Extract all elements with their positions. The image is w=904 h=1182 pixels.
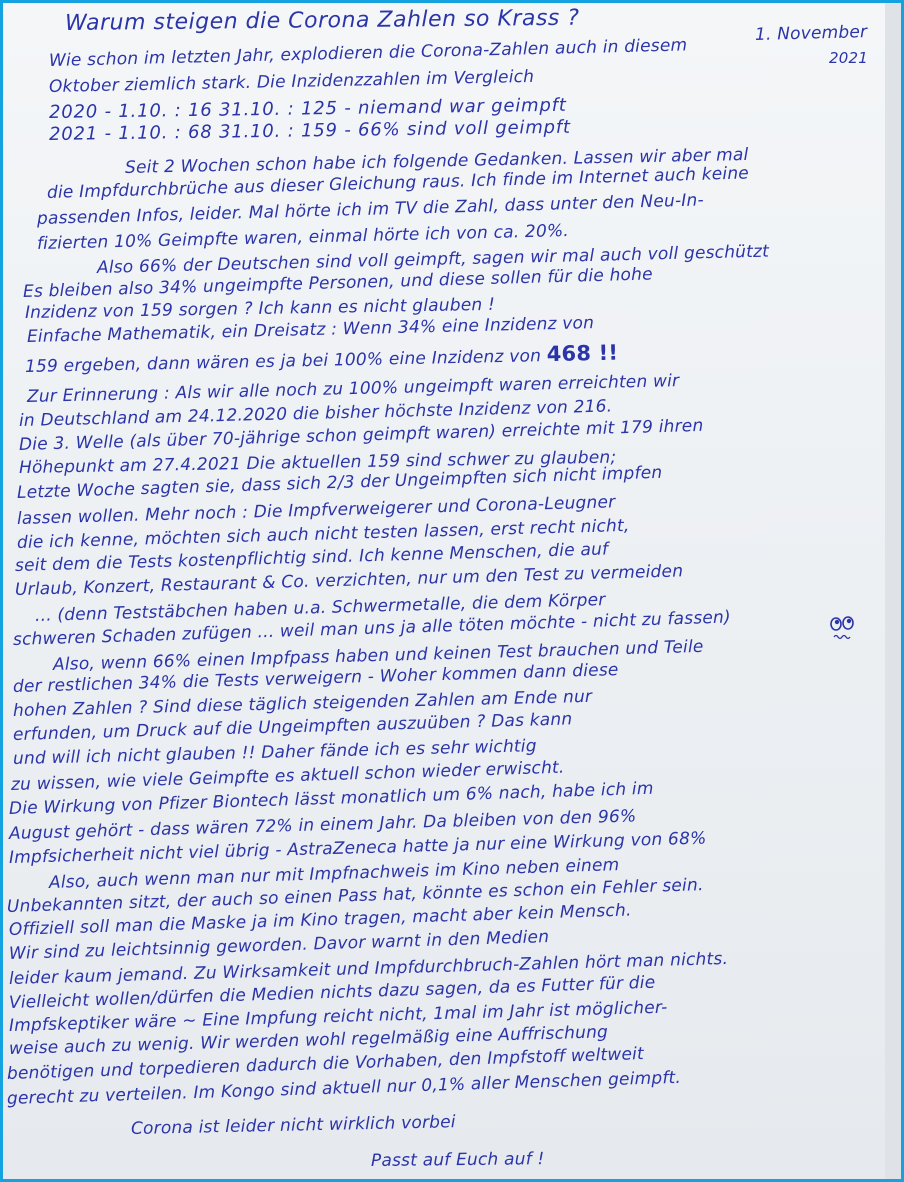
note-line-result: 159 ergeben, dann wären es ja bei 100% e… — [25, 341, 619, 377]
note-line-text: 159 ergeben, dann wären es ja bei 100% e… — [25, 346, 541, 377]
signoff-line: Passt auf Euch auf ! — [371, 1149, 545, 1171]
note-date: 1. November — [755, 22, 868, 45]
closing-line: Corona ist leider nicht wirklich vorbei — [131, 1112, 456, 1139]
result-468: 468 !! — [546, 341, 618, 366]
photo-frame: Warum steigen die Corona Zahlen so Krass… — [3, 3, 901, 1179]
note-date-year: 2021 — [829, 49, 868, 67]
handwritten-note-paper: Warum steigen die Corona Zahlen so Krass… — [3, 3, 885, 1179]
paper-edge-shadow — [885, 3, 901, 1179]
note-title: Warum steigen die Corona Zahlen so Krass… — [65, 6, 580, 36]
smiley-face-icon — [828, 615, 858, 645]
note-line: Oktober ziemlich stark. Die Inzidenzzahl… — [49, 67, 535, 97]
note-line: Wie schon im letzten Jahr, explodieren d… — [49, 35, 688, 71]
